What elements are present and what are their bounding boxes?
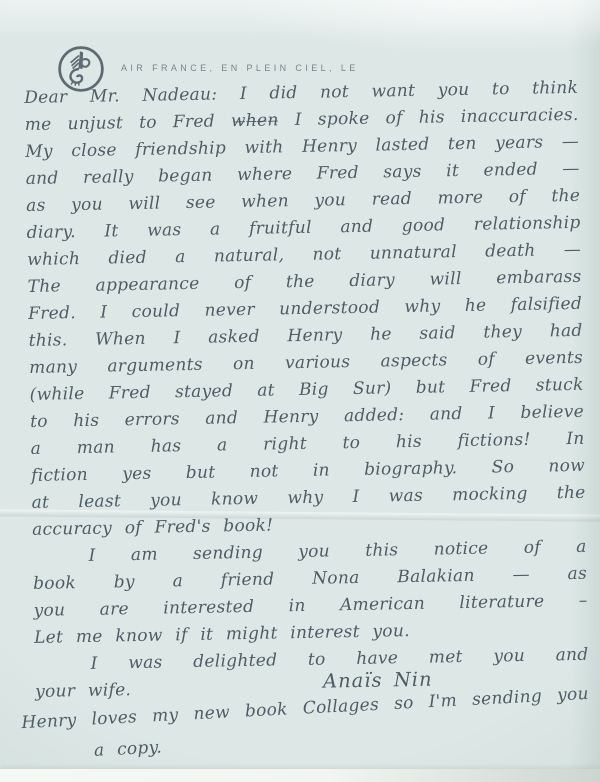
paper-bottom-edge: [0, 769, 600, 782]
letterhead-text: AIR FRANCE, EN PLEIN CIEL, LE: [121, 63, 359, 75]
line-text: a copy.: [93, 737, 162, 760]
line-text: Let me know if it might interest you.: [34, 621, 410, 648]
letter-sheet: AIR FRANCE, EN PLEIN CIEL, LE Dear Mr. N…: [0, 0, 600, 782]
line-text: accuracy of Fred's book!: [32, 516, 274, 540]
line-text: your wife.: [35, 680, 131, 702]
letter-body: Dear Mr. Nadeau: I did not want you to t…: [24, 75, 590, 768]
